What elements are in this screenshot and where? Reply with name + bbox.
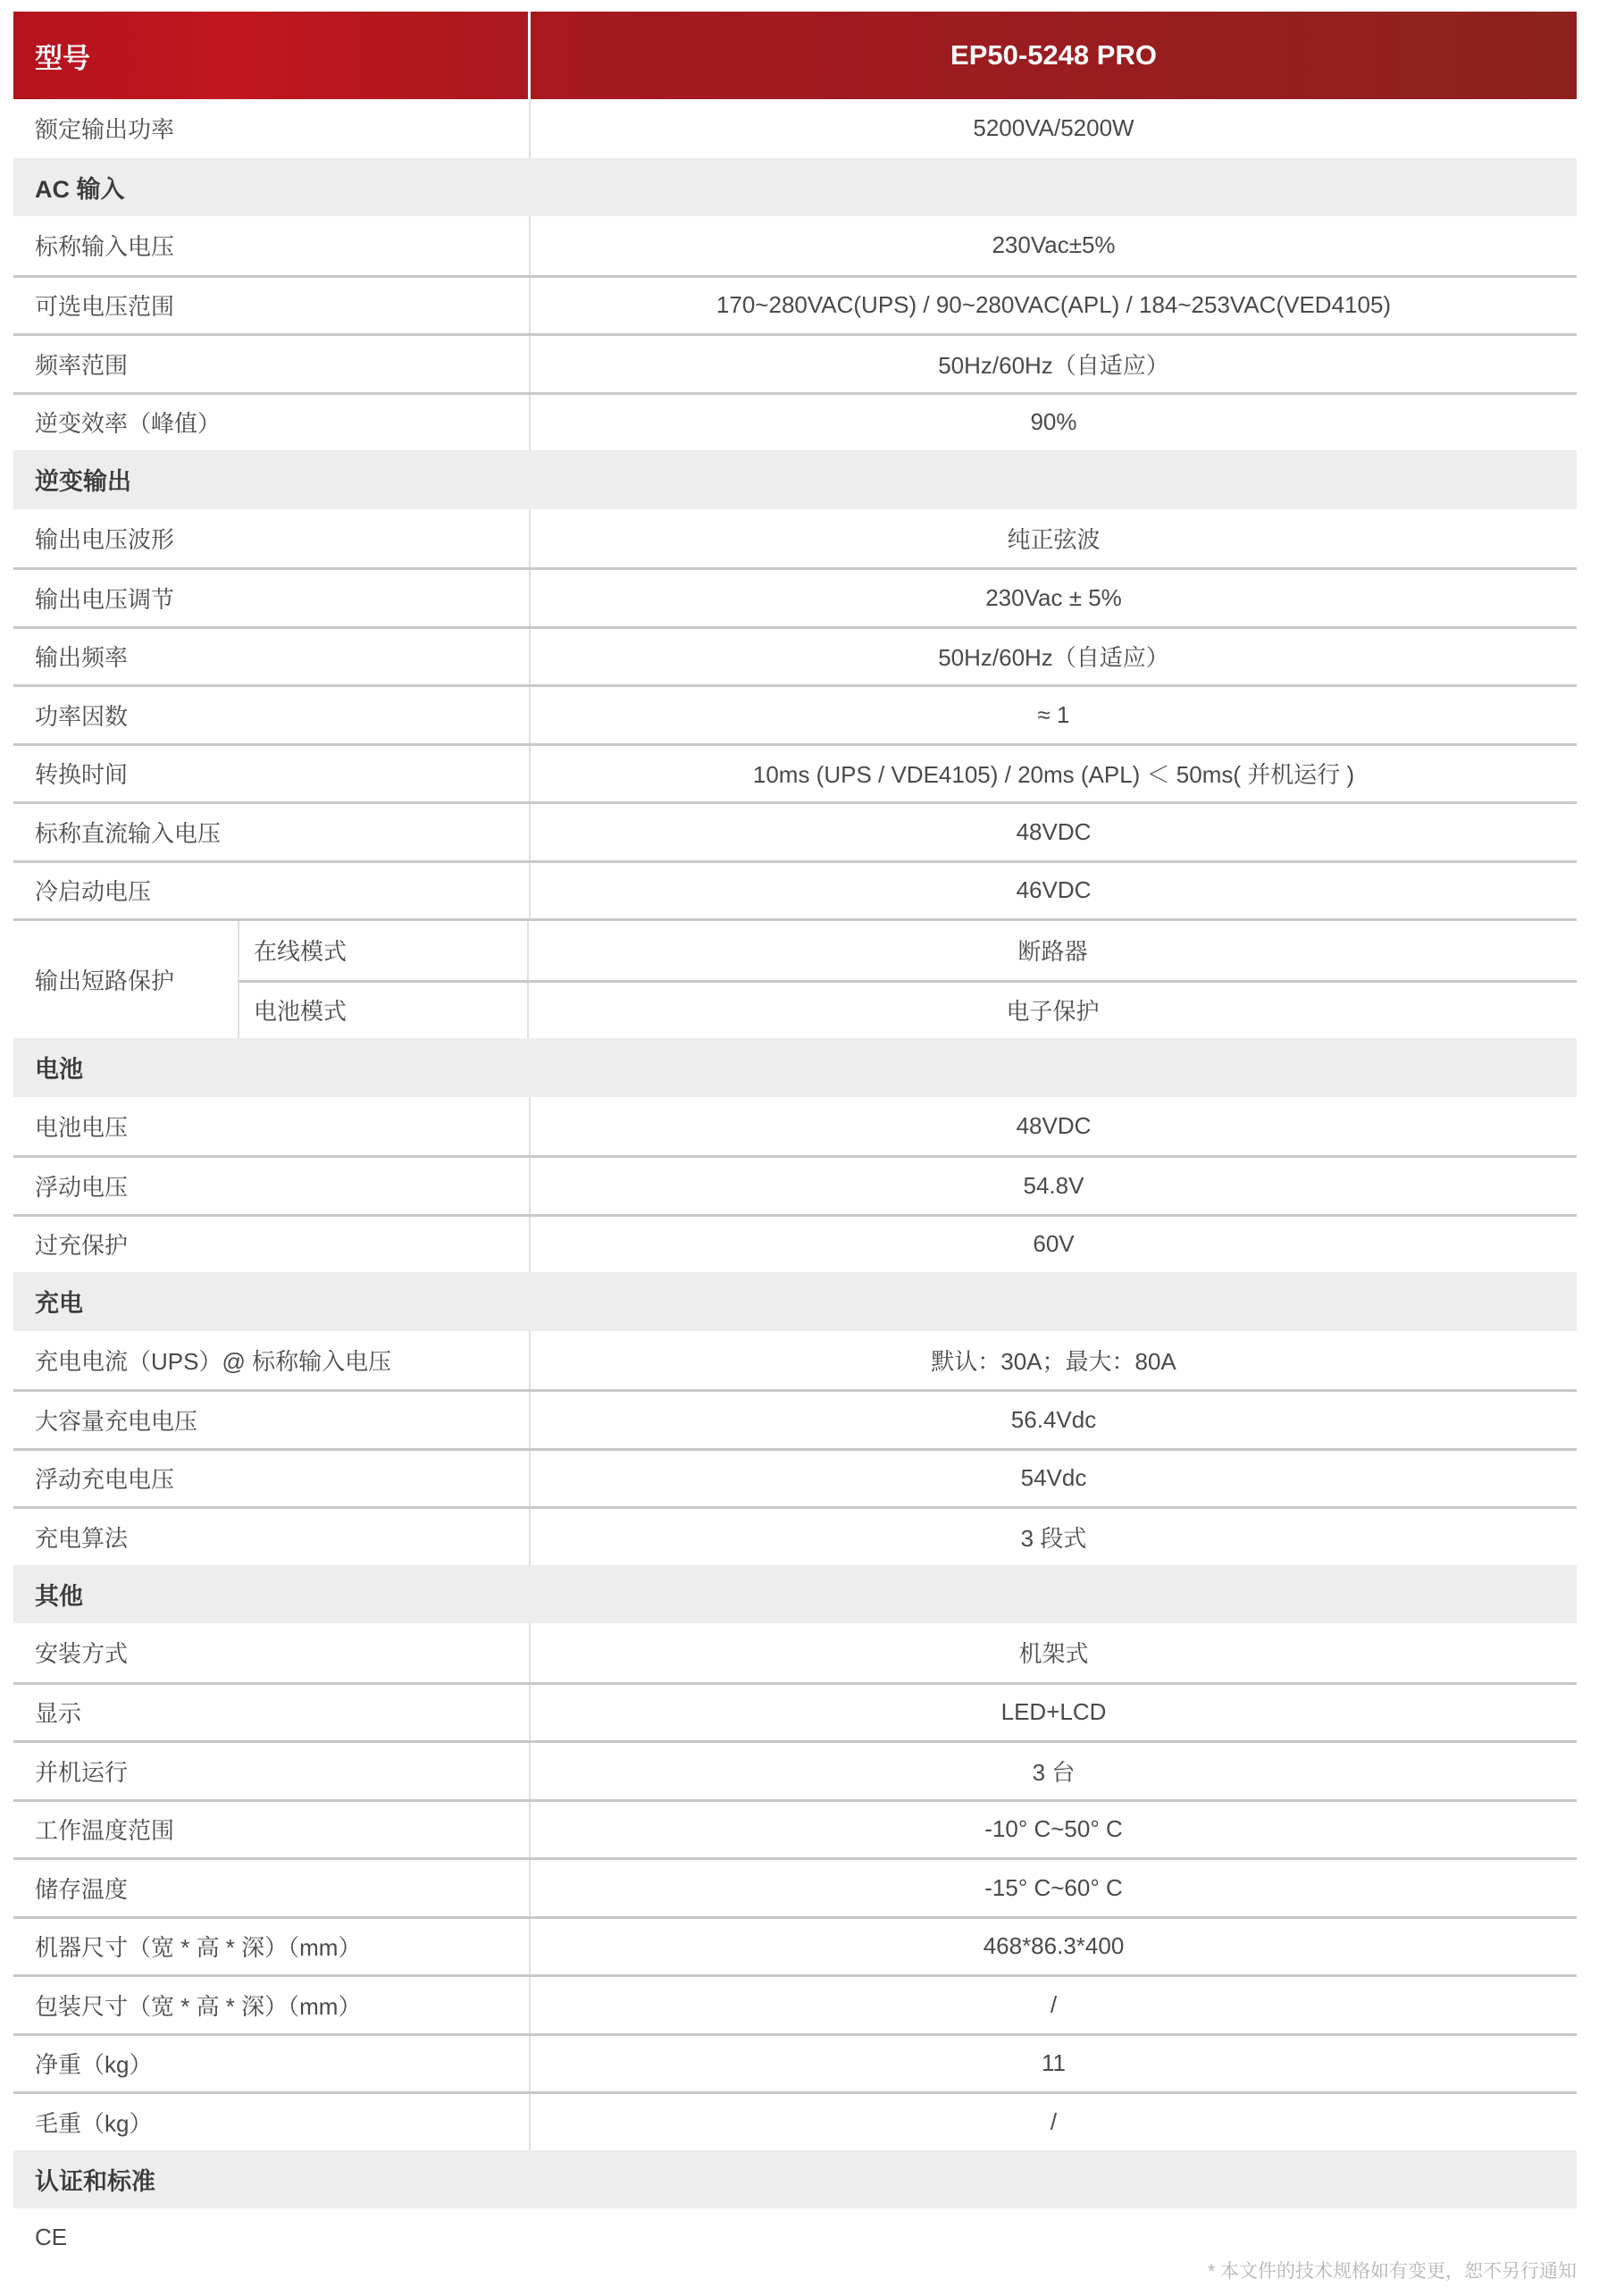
table-row: 标称直流输入电压48VDC: [13, 801, 1577, 860]
group-subrows: 在线模式断路器电池模式电子保护: [239, 921, 1577, 1038]
row-value: LED+LCD: [1001, 1698, 1107, 1726]
row-label-cell: 转换时间: [13, 746, 531, 802]
table-subrow: 在线模式断路器: [239, 921, 1577, 980]
row-label: 并机运行: [35, 1755, 128, 1788]
row-value: 90%: [1030, 408, 1076, 436]
row-value: 11: [1042, 2049, 1066, 2077]
row-value: 3 段式: [1021, 1520, 1087, 1554]
row-label: 标称直流输入电压: [35, 816, 221, 849]
row-label: 额定输出功率: [35, 112, 174, 145]
table-row: 输出电压调节230Vac ± 5%: [13, 567, 1577, 626]
row-label-cell: 安装方式: [13, 1623, 531, 1682]
disclaimer-note: * 本文件的技术规格如有变更，恕不另行通知: [1208, 2257, 1577, 2283]
row-value: -10° C~50° C: [984, 1815, 1122, 1843]
row-value-cell: 50Hz/60Hz（自适应）: [531, 336, 1577, 392]
row-label-cell: 工作温度范围: [13, 1802, 531, 1858]
row-label-cell: 机器尺寸（宽 * 高 * 深）（mm）: [13, 1919, 531, 1975]
row-value: 54Vdc: [1021, 1464, 1087, 1492]
table-row: 输出频率50Hz/60Hz（自适应）: [13, 626, 1577, 685]
table-row: 毛重（kg）/: [13, 2091, 1577, 2150]
row-value-cell: -10° C~50° C: [531, 1802, 1577, 1858]
row-label-cell: 输出电压波形: [13, 509, 531, 568]
table-row: 过充保护60V: [13, 1214, 1577, 1273]
section-header: 逆变输出: [13, 450, 1577, 509]
row-label: 浮动充电电压: [35, 1462, 174, 1495]
subrow-label-cell: 在线模式: [239, 921, 529, 980]
row-label-cell: 并机运行: [13, 1743, 531, 1799]
row-label: 安装方式: [35, 1636, 128, 1669]
row-label: 机器尺寸（宽 * 高 * 深）（mm）: [35, 1930, 361, 1963]
row-value-cell: 10ms (UPS / VDE4105) / 20ms (APL) ＜ 50ms…: [531, 746, 1577, 802]
row-label-cell: 标称输入电压: [13, 216, 531, 275]
row-label-cell: 冷启动电压: [13, 863, 531, 919]
row-label: 逆变效率（峰值）: [35, 406, 221, 439]
row-value-cell: /: [531, 2094, 1577, 2150]
row-label-cell: 包装尺寸（宽 * 高 * 深）（mm）: [13, 1977, 531, 2033]
row-value: 170~280VAC(UPS) / 90~280VAC(APL) / 184~2…: [716, 291, 1391, 319]
model-header-cell: 型号: [13, 12, 531, 99]
row-value-cell: 3 段式: [531, 1509, 1577, 1565]
row-label: 功率因数: [35, 699, 128, 732]
section-title: 逆变输出: [35, 462, 131, 497]
row-label-cell: 功率因数: [13, 687, 531, 743]
row-value-cell: 3 台: [531, 1743, 1577, 1799]
row-label-cell: 电池电压: [13, 1097, 531, 1156]
row-value: 10ms (UPS / VDE4105) / 20ms (APL) ＜ 50ms…: [753, 757, 1354, 790]
row-value-cell: 60V: [531, 1217, 1577, 1273]
section-title: 认证和标准: [35, 2162, 155, 2197]
row-value: 54.8V: [1024, 1172, 1084, 1200]
subrow-value: 电子保护: [1006, 993, 1099, 1026]
row-label-cell: 充电算法: [13, 1509, 531, 1565]
row-value-cell: 默认：30A；最大：80A: [531, 1331, 1577, 1390]
table-row: 机器尺寸（宽 * 高 * 深）（mm）468*86.3*400: [13, 1916, 1577, 1975]
table-row: 可选电压范围170~280VAC(UPS) / 90~280VAC(APL) /…: [13, 275, 1577, 334]
row-label: 冷启动电压: [35, 874, 151, 907]
row-value: 230Vac±5%: [992, 231, 1115, 259]
row-value-cell: LED+LCD: [531, 1685, 1577, 1741]
row-value: 50Hz/60Hz（自适应）: [938, 640, 1169, 673]
spec-table-body: 额定输出功率5200VA/5200WAC 输入标称输入电压230Vac±5%可选…: [13, 99, 1577, 2266]
row-value-cell: 48VDC: [531, 804, 1577, 860]
row-label: 充电算法: [35, 1520, 128, 1554]
table-row: 安装方式机架式: [13, 1623, 1577, 1682]
row-label: 浮动电压: [35, 1169, 128, 1202]
row-label-cell: CE: [13, 2208, 67, 2266]
row-value: 60V: [1033, 1230, 1074, 1258]
table-row: 转换时间10ms (UPS / VDE4105) / 20ms (APL) ＜ …: [13, 743, 1577, 802]
group-label-cell: 输出短路保护: [13, 921, 239, 1038]
row-label: 输出电压波形: [35, 522, 174, 555]
section-header: 其他: [13, 1565, 1577, 1624]
subrow-label-cell: 电池模式: [239, 983, 529, 1039]
row-label: 工作温度范围: [35, 1813, 174, 1846]
model-number: EP50-5248 PRO: [950, 39, 1157, 71]
row-label-cell: 过充保护: [13, 1217, 531, 1273]
subrow-value-cell: 断路器: [529, 921, 1577, 980]
row-label: 可选电压范围: [35, 289, 174, 322]
row-label: 净重（kg）: [35, 2047, 152, 2080]
row-value-cell: 46VDC: [531, 863, 1577, 919]
row-label-cell: 充电电流（UPS）@ 标称输入电压: [13, 1331, 531, 1390]
row-label: 电池电压: [35, 1110, 128, 1143]
table-row: 冷启动电压46VDC: [13, 860, 1577, 919]
table-row: 标称输入电压230Vac±5%: [13, 216, 1577, 275]
table-row: 逆变效率（峰值）90%: [13, 392, 1577, 451]
model-header-label: 型号: [35, 36, 90, 76]
table-row: 浮动电压54.8V: [13, 1155, 1577, 1214]
row-label: 包装尺寸（宽 * 高 * 深）（mm）: [35, 1989, 361, 2022]
table-row: 功率因数≈ 1: [13, 684, 1577, 743]
row-value-cell: 56.4Vdc: [531, 1392, 1577, 1448]
spec-table: 型号 EP50-5248 PRO 额定输出功率5200VA/5200WAC 输入…: [13, 12, 1577, 2266]
table-row: 储存温度-15° C~60° C: [13, 1857, 1577, 1916]
row-value-cell: 170~280VAC(UPS) / 90~280VAC(APL) / 184~2…: [531, 278, 1577, 334]
row-label: 转换时间: [35, 757, 128, 790]
table-row: 净重（kg）11: [13, 2033, 1577, 2092]
table-row: 浮动充电电压54Vdc: [13, 1448, 1577, 1507]
row-value-cell: /: [531, 1977, 1577, 2033]
table-row: 电池电压48VDC: [13, 1097, 1577, 1156]
table-row: 额定输出功率5200VA/5200W: [13, 99, 1577, 158]
row-value: 5200VA/5200W: [973, 114, 1134, 142]
table-row: 包装尺寸（宽 * 高 * 深）（mm）/: [13, 1974, 1577, 2033]
row-label: 显示: [35, 1696, 81, 1729]
row-label-cell: 标称直流输入电压: [13, 804, 531, 860]
row-value: 50Hz/60Hz（自适应）: [938, 348, 1169, 381]
group-label: 输出短路保护: [35, 963, 174, 996]
row-label: 频率范围: [35, 348, 128, 381]
row-label: 输出电压调节: [35, 582, 174, 615]
row-value: /: [1051, 1991, 1057, 2019]
row-label-cell: 大容量充电电压: [13, 1392, 531, 1448]
row-value: 机架式: [1018, 1636, 1088, 1669]
row-value: 48VDC: [1017, 1112, 1092, 1140]
table-row: 频率范围50Hz/60Hz（自适应）: [13, 333, 1577, 392]
subrow-label: 电池模式: [254, 993, 347, 1026]
row-label-cell: 毛重（kg）: [13, 2094, 531, 2150]
row-value-cell: 50Hz/60Hz（自适应）: [531, 629, 1577, 685]
row-value: 3 台: [1033, 1755, 1076, 1788]
row-label: 标称输入电压: [35, 229, 174, 262]
section-title: AC 输入: [35, 170, 125, 205]
row-value-cell: 纯正弦波: [531, 509, 1577, 568]
row-label-cell: 净重（kg）: [13, 2036, 531, 2092]
subrow-label: 在线模式: [254, 934, 347, 967]
row-label-cell: 输出频率: [13, 629, 531, 685]
row-label: 充电电流（UPS）@ 标称输入电压: [35, 1344, 391, 1377]
row-label-cell: 储存温度: [13, 1860, 531, 1916]
row-value: ≈ 1: [1038, 701, 1070, 729]
row-label-cell: 频率范围: [13, 336, 531, 392]
section-header: AC 输入: [13, 158, 1577, 217]
row-label: 储存温度: [35, 1872, 128, 1905]
table-row: 输出电压波形纯正弦波: [13, 509, 1577, 568]
subrow-value: 断路器: [1017, 934, 1087, 967]
table-row: 充电电流（UPS）@ 标称输入电压默认：30A；最大：80A: [13, 1331, 1577, 1390]
row-value-cell: -15° C~60° C: [531, 1860, 1577, 1916]
row-value: 48VDC: [1017, 818, 1092, 846]
row-label: 毛重（kg）: [35, 2106, 152, 2139]
table-row: 大容量充电电压56.4Vdc: [13, 1389, 1577, 1448]
model-value-cell: EP50-5248 PRO: [531, 12, 1577, 99]
section-header: 充电: [13, 1272, 1577, 1331]
row-label-cell: 额定输出功率: [13, 99, 531, 158]
group-row: 输出短路保护在线模式断路器电池模式电子保护: [13, 918, 1577, 1038]
row-label: 输出频率: [35, 640, 128, 673]
row-value: 56.4Vdc: [1011, 1406, 1096, 1434]
row-value-cell: ≈ 1: [531, 687, 1577, 743]
table-row: 并机运行3 台: [13, 1740, 1577, 1799]
row-label-cell: 浮动电压: [13, 1158, 531, 1214]
table-header-row: 型号 EP50-5248 PRO: [13, 12, 1577, 99]
section-title: 其他: [35, 1577, 83, 1612]
table-row: 充电算法3 段式: [13, 1506, 1577, 1565]
row-value-cell: 11: [531, 2036, 1577, 2092]
row-value: 230Vac ± 5%: [985, 584, 1122, 612]
row-value-cell: 48VDC: [531, 1097, 1577, 1156]
row-value: 468*86.3*400: [984, 1932, 1125, 1960]
table-row: 工作温度范围-10° C~50° C: [13, 1799, 1577, 1858]
row-label-cell: 浮动充电电压: [13, 1451, 531, 1507]
row-value-cell: 230Vac±5%: [531, 216, 1577, 275]
row-label: 过充保护: [35, 1227, 128, 1261]
row-label-cell: 逆变效率（峰值）: [13, 395, 531, 451]
row-value-cell: 230Vac ± 5%: [531, 570, 1577, 626]
section-title: 充电: [35, 1284, 83, 1319]
row-label-cell: 输出电压调节: [13, 570, 531, 626]
row-value-cell: 54Vdc: [531, 1451, 1577, 1507]
row-value-cell: 90%: [531, 395, 1577, 451]
section-header: 电池: [13, 1038, 1577, 1097]
row-label-cell: 可选电压范围: [13, 278, 531, 334]
row-label: CE: [35, 2224, 67, 2251]
row-label: 大容量充电电压: [35, 1403, 197, 1437]
subrow-value-cell: 电子保护: [529, 983, 1577, 1039]
section-header: 认证和标准: [13, 2150, 1577, 2209]
row-value-cell: 54.8V: [531, 1158, 1577, 1214]
row-value: -15° C~60° C: [984, 1874, 1122, 1902]
section-title: 电池: [35, 1050, 83, 1085]
row-value-cell: 机架式: [531, 1623, 1577, 1682]
table-row: 显示LED+LCD: [13, 1682, 1577, 1741]
row-value: 46VDC: [1017, 876, 1092, 904]
row-value-cell: 5200VA/5200W: [531, 99, 1577, 158]
row-value: 默认：30A；最大：80A: [931, 1344, 1176, 1377]
table-subrow: 电池模式电子保护: [239, 980, 1577, 1039]
row-value: /: [1051, 2108, 1057, 2136]
row-value-cell: 468*86.3*400: [531, 1919, 1577, 1975]
row-value: 纯正弦波: [1007, 522, 1100, 555]
row-label-cell: 显示: [13, 1685, 531, 1741]
